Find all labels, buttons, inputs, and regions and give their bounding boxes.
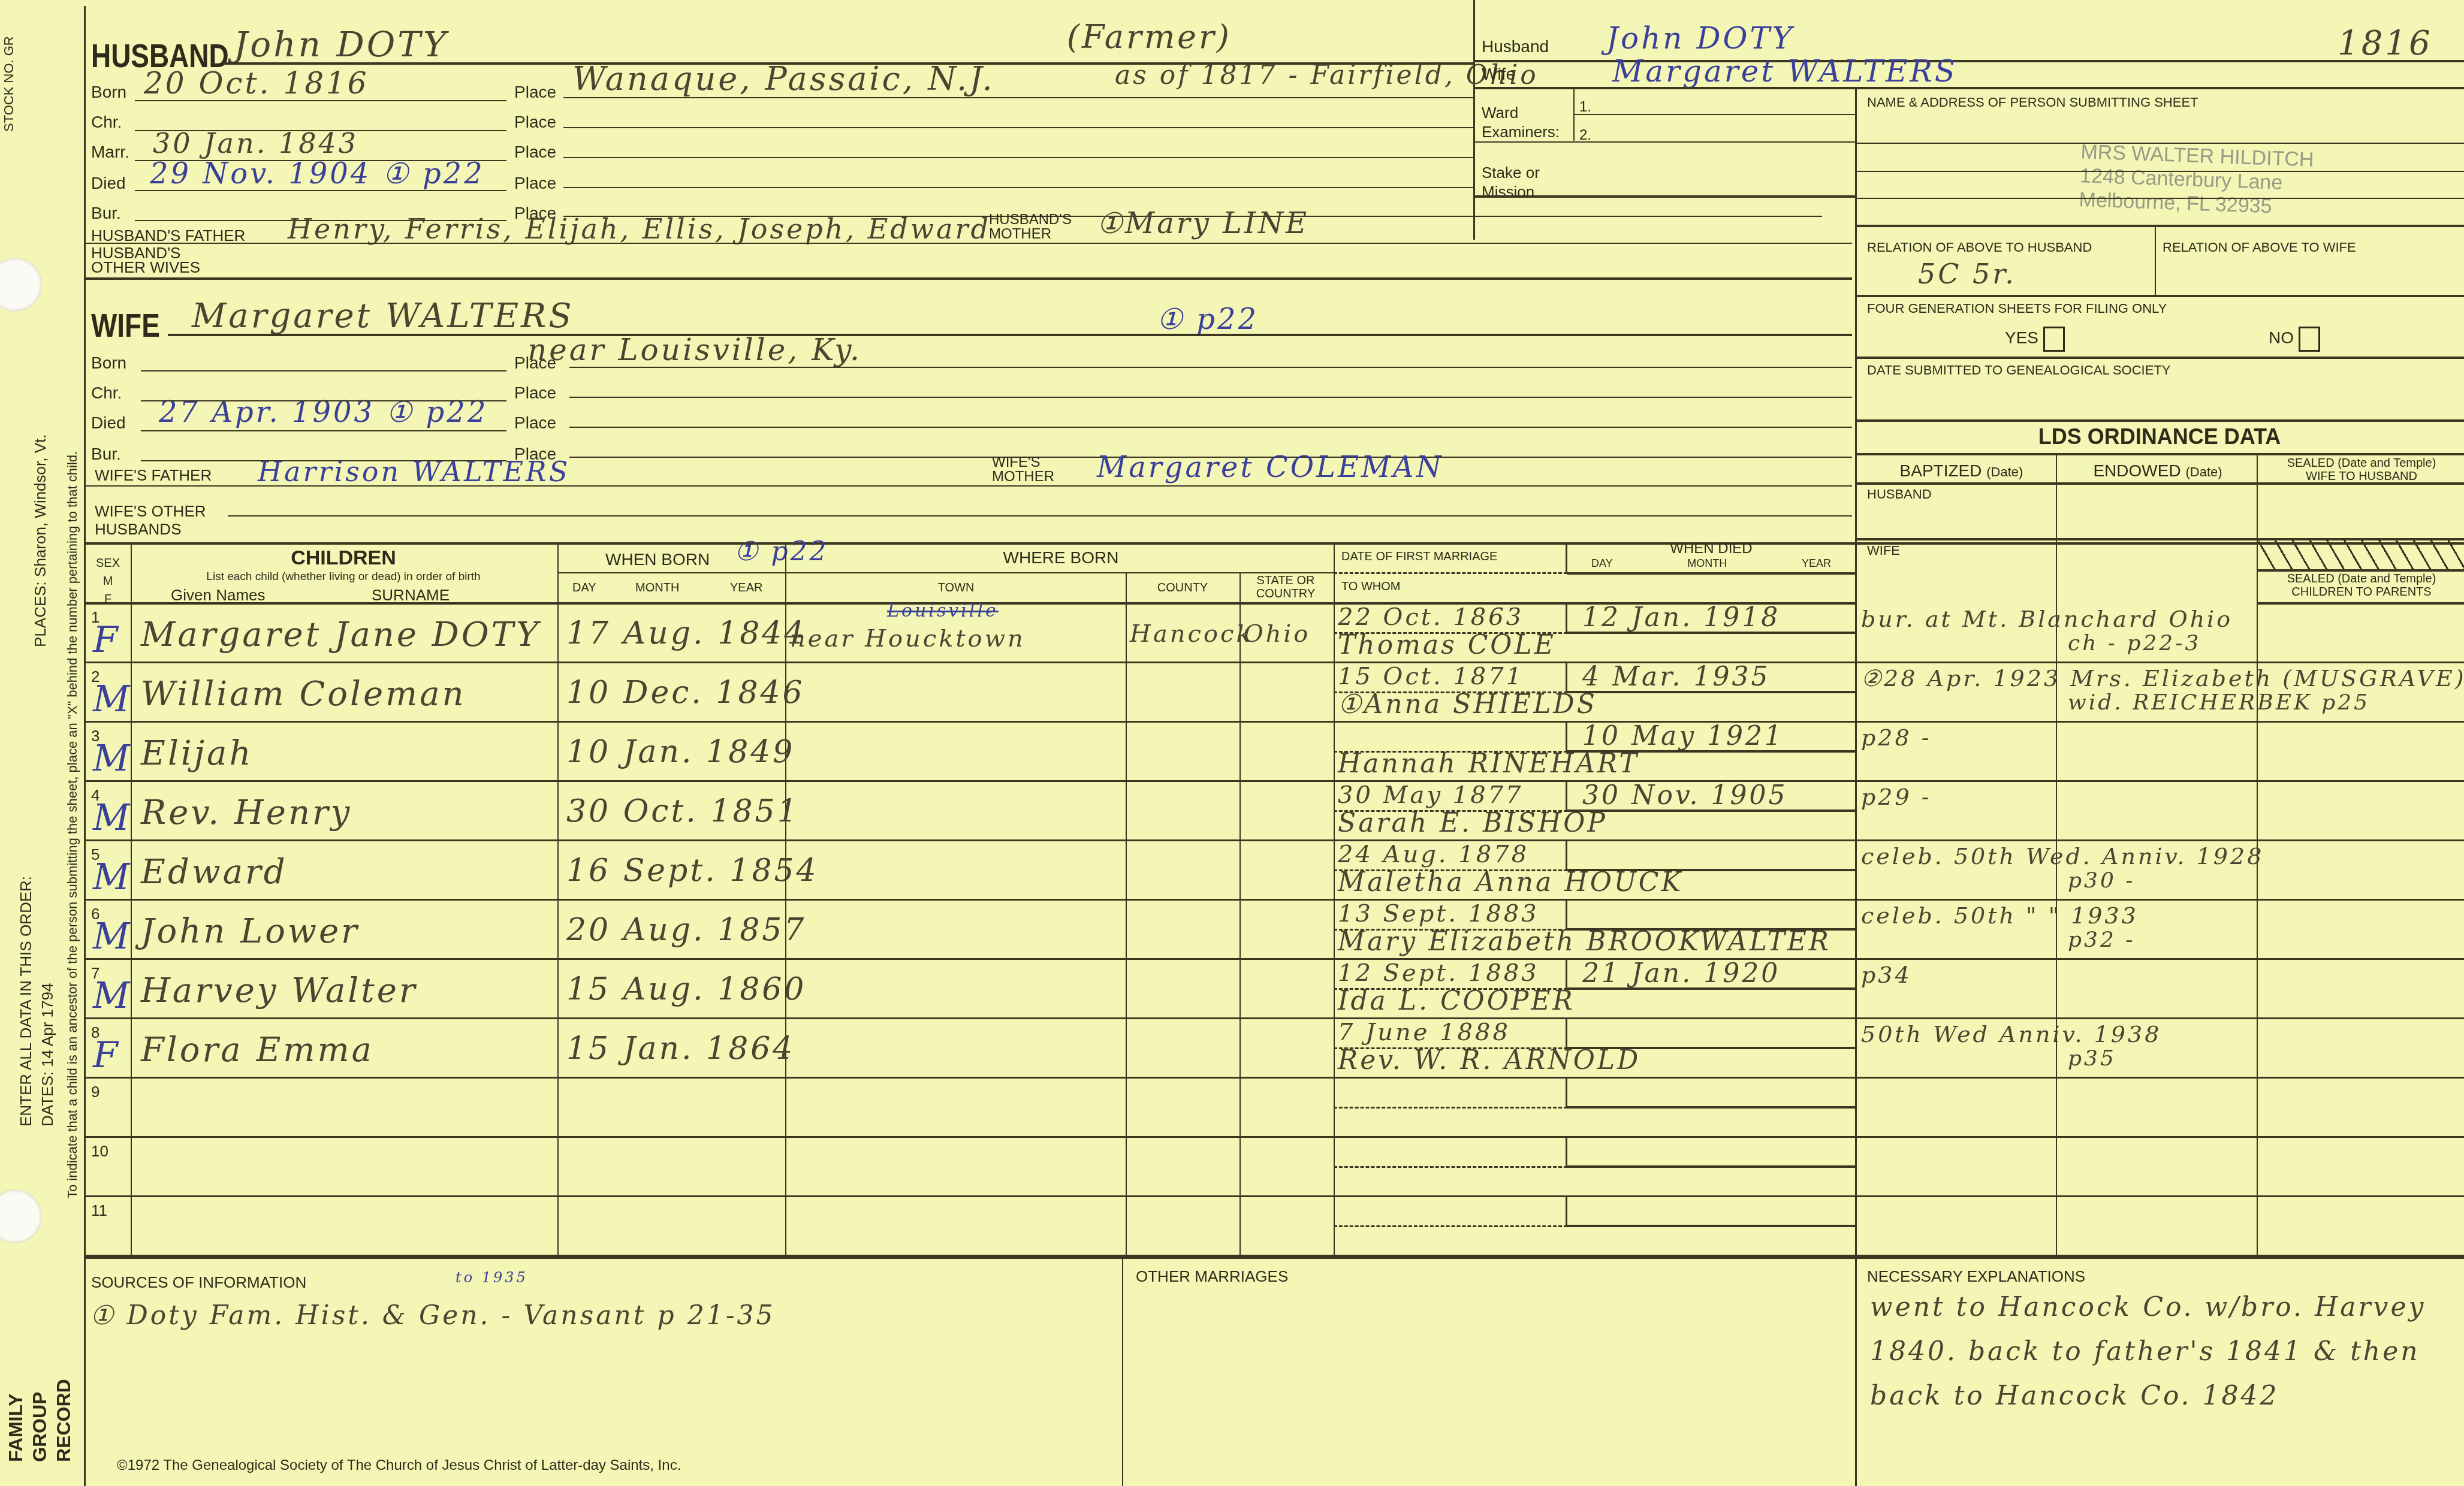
row-divider <box>84 1017 2464 1019</box>
when-died-label: WHEN DIEDDAYMONTHYEAR <box>1567 542 1855 570</box>
child-marriage-date[interactable]: 30 May 1877 <box>1338 781 1524 809</box>
yes-box[interactable] <box>2043 327 2065 352</box>
child-marriage-date[interactable]: 24 Aug. 1878 <box>1338 841 1529 868</box>
submitter-label: NAME & ADDRESS OF PERSON SUBMITTING SHEE… <box>1867 95 2198 110</box>
husband-name[interactable]: John DOTY <box>234 24 448 65</box>
yes-checkbox[interactable]: YES <box>2005 327 2065 352</box>
row-divider <box>84 662 2464 663</box>
died-box-left <box>1566 1017 1567 1049</box>
sealed-cp-2: CHILDREN TO PARENTS <box>2260 585 2463 599</box>
child-sex[interactable]: M <box>93 916 132 958</box>
died-box-bottom <box>1567 632 1855 634</box>
husband-bur-label: Bur. <box>91 204 121 223</box>
form-title-record: RECORD <box>53 1379 75 1462</box>
wife-died-label: Died <box>91 413 126 433</box>
sex-m: M <box>90 572 126 590</box>
husband-died-place-label: Place <box>514 174 556 193</box>
marriage-dash <box>1334 1047 1567 1049</box>
marriage-dash <box>1334 632 1567 634</box>
child-name[interactable]: Flora Emma <box>141 1031 374 1070</box>
line <box>2257 602 2464 605</box>
line <box>2257 569 2464 572</box>
copyright: ©1972 The Genealogical Society of The Ch… <box>117 1457 681 1474</box>
child-name[interactable]: Margaret Jane DOTY <box>141 615 541 654</box>
rp-year: 1816 <box>2338 24 2433 63</box>
lds-wife-label: WIFE <box>1867 543 1900 558</box>
right-panel-divider <box>1473 0 1475 240</box>
date-note: (Date) <box>2185 464 2222 479</box>
child-name[interactable]: Rev. Henry <box>141 793 352 832</box>
endowed-label: ENDOWED <box>2093 461 2180 480</box>
when-born-label: WHEN BORN <box>605 550 710 569</box>
line <box>1126 572 1127 1255</box>
other-marriages-label: OTHER MARRIAGES <box>1136 1267 1288 1286</box>
line <box>141 430 506 431</box>
child-sex[interactable]: M <box>93 856 132 898</box>
child-notes[interactable]: celeb. 50th " " 1933 <box>1861 902 2139 929</box>
row-divider <box>84 899 2464 901</box>
husband-other-wives-label: HUSBAND'S OTHER WIVES <box>91 246 211 274</box>
child-town[interactable]: near Houcktown <box>790 625 1026 653</box>
line <box>1122 1258 1123 1486</box>
child-name[interactable]: Edward <box>141 853 288 892</box>
marriage-dash <box>1334 869 1567 871</box>
died-box-left <box>1566 721 1567 752</box>
child-spouse[interactable]: Ida L. COOPER <box>1338 986 1575 1016</box>
child-notes-2[interactable]: p30 - <box>2068 868 2135 893</box>
margin-places: PLACES: Sharon, Windsor, Vt. <box>31 434 50 648</box>
child-number: 9 <box>91 1083 99 1101</box>
line <box>84 243 1852 244</box>
child-number: 11 <box>91 1201 107 1220</box>
no-box[interactable] <box>2299 327 2320 352</box>
child-died[interactable]: 21 Jan. 1920 <box>1582 958 1780 989</box>
died-box-left <box>1566 602 1567 633</box>
husband-section-bottom <box>84 277 1852 280</box>
child-sex[interactable]: M <box>93 797 132 839</box>
died-box-bottom <box>1567 928 1855 931</box>
died-box-bottom <box>1567 869 1855 871</box>
child-marriage-date[interactable]: 12 Sept. 1883 <box>1338 959 1539 987</box>
rp-wife-value[interactable]: Margaret WALTERS <box>1612 54 1958 89</box>
child-name[interactable]: Harvey Walter <box>141 971 418 1010</box>
line <box>1566 542 1567 573</box>
four-gen-label: FOUR GENERATION SHEETS FOR FILING ONLY <box>1867 301 2167 316</box>
lds-endowed: ENDOWED (Date) <box>2059 461 2257 481</box>
child-spouse[interactable]: Maletha Anna HOUCK <box>1338 867 1683 898</box>
town-label: TOWN <box>785 581 1127 595</box>
husband-marr-label: Marr. <box>91 143 129 162</box>
line <box>1855 295 2464 297</box>
wife-chr-place-label: Place <box>514 383 556 403</box>
died-box-left <box>1566 780 1567 811</box>
child-notes-2[interactable]: p35 <box>2068 1046 2116 1071</box>
husband-mother-label: HUSBAND'S MOTHER <box>989 213 1067 241</box>
died-day-label: DAY <box>1591 556 1613 570</box>
lds-sealed-cp: SEALED (Date and Temple)CHILDREN TO PARE… <box>2260 572 2463 599</box>
line <box>141 400 506 401</box>
sealed-cp-1: SEALED (Date and Temple) <box>2260 572 2463 585</box>
line <box>2155 225 2156 297</box>
child-notes[interactable]: ②28 Apr. 1923 Mrs. Elizabeth (MUSGRAVE) … <box>1861 665 2464 691</box>
rp-wife-label: Wife <box>1482 65 1515 84</box>
died-month-label: MONTH <box>1687 556 1727 570</box>
children-title: CHILDREN <box>131 546 556 570</box>
child-number: 10 <box>91 1142 108 1161</box>
husband-died-label: Died <box>91 174 126 193</box>
wife-section-bottom <box>84 542 2464 545</box>
row-divider <box>84 1077 2464 1079</box>
form-title-family: FAMILY <box>5 1394 27 1462</box>
month-label: MONTH <box>635 581 679 595</box>
died-box-bottom <box>1567 1047 1855 1049</box>
line <box>135 100 506 101</box>
child-spouse[interactable]: Mary Elizabeth BROOKWALTER <box>1338 926 1831 957</box>
line <box>563 157 1473 158</box>
child-marriage-date[interactable]: 15 Oct. 1871 <box>1338 663 1524 690</box>
line <box>563 97 1473 98</box>
died-box-bottom <box>1567 1106 1855 1109</box>
relation-wife-label: RELATION OF ABOVE TO WIFE <box>2163 240 2356 255</box>
submitter-stamp: MRS WALTER HILDITCH 1248 Canterbury Lane… <box>2079 140 2314 220</box>
husband-chr-label: Chr. <box>91 113 122 132</box>
margin-instructions: To indicate that a child is an ancestor … <box>65 451 80 1198</box>
row-divider <box>84 1195 2464 1197</box>
died-box-bottom <box>1567 1225 1855 1227</box>
line <box>1855 198 2464 199</box>
form-title-group: GROUP <box>29 1392 51 1462</box>
died-box-left <box>1566 958 1567 989</box>
husband-father[interactable]: Henry, Ferris, Elijah, Ellis, Joseph, Ed… <box>288 213 991 245</box>
husband-born-place-label: Place <box>514 83 556 102</box>
line <box>1855 482 2464 485</box>
husband-born-place-note: as of 1817 - Fairfield, Ohio <box>1115 60 1539 90</box>
sealed-hatch <box>2258 539 2464 569</box>
wife-name-line <box>168 334 1852 336</box>
child-notes[interactable]: celeb. 50th Wed. Anniv. 1928 <box>1861 843 2264 869</box>
child-born[interactable]: 30 Oct. 1851 <box>566 793 800 829</box>
sex-label: SEX <box>90 554 126 572</box>
date-submitted-label: DATE SUBMITTED TO GENEALOGICAL SOCIETY <box>1867 363 2171 378</box>
husband-chr-place-label: Place <box>514 113 556 132</box>
died-box-bottom <box>1567 810 1855 812</box>
child-spouse[interactable]: Hannah RINEHART <box>1338 748 1639 779</box>
wife-father[interactable]: Harrison WALTERS <box>258 455 570 488</box>
wife-died-place-label: Place <box>514 413 556 433</box>
marriage-dash <box>1334 810 1567 812</box>
yes-label: YES <box>2005 328 2038 347</box>
husband-annotation: (Farmer) <box>1067 18 1232 56</box>
marriage-dash <box>1334 1107 1567 1109</box>
relation-husband-value[interactable]: 5C 5r. <box>1918 258 2016 290</box>
wife-bur-label: Bur. <box>91 445 121 464</box>
line <box>557 572 1337 573</box>
line <box>1855 357 2464 359</box>
child-notes[interactable]: bur. at Mt. Blanchard Ohio <box>1861 606 2233 632</box>
died-year-label: YEAR <box>1802 556 1831 570</box>
died-box-bottom <box>1567 987 1855 990</box>
binder-hole-top <box>0 258 42 312</box>
wife-name[interactable]: Margaret WALTERS <box>192 297 574 336</box>
wife-chr-label: Chr. <box>91 383 122 403</box>
sources-label: SOURCES OF INFORMATION <box>91 1273 306 1292</box>
line <box>569 367 1852 368</box>
died-box-bottom <box>1567 691 1855 693</box>
sealed-wh-2: WIFE TO HUSBAND <box>2260 470 2463 483</box>
line <box>1473 195 1855 198</box>
child-state[interactable]: Ohio <box>1244 620 1310 648</box>
husband-born[interactable]: 20 Oct. 1816 <box>144 66 369 101</box>
children-subtitle: List each child (whether living or dead)… <box>131 570 556 584</box>
child-notes[interactable]: p28 - <box>1861 724 1932 751</box>
no-checkbox[interactable]: NO <box>2269 327 2320 352</box>
marriage-dash <box>1334 1166 1567 1168</box>
child-sex[interactable]: M <box>93 738 132 780</box>
child-died[interactable]: 30 Nov. 1905 <box>1582 780 1788 811</box>
husband-born-place[interactable]: Wanaque, Passaic, N.J. <box>572 60 995 98</box>
sealed-wh-1: SEALED (Date and Temple) <box>2260 457 2463 470</box>
child-sex[interactable]: M <box>93 975 132 1017</box>
line <box>1855 419 2464 422</box>
died-box-left <box>1566 899 1567 930</box>
when-died-title: WHEN DIED <box>1567 542 1855 556</box>
explanation-line: went to Hancock Co. w/bro. Harvey <box>1870 1285 2426 1330</box>
child-spouse[interactable]: ①Anna SHIELDS <box>1338 689 1597 720</box>
line <box>135 190 506 191</box>
wife-mother[interactable]: Margaret COLEMAN <box>1097 451 1444 484</box>
left-border <box>84 6 86 1486</box>
county-label: COUNTY <box>1126 581 1239 595</box>
relation-husband-label: RELATION OF ABOVE TO HUSBAND <box>1867 240 2092 255</box>
marriage-dash <box>1334 751 1567 753</box>
margin-enter-order: ENTER ALL DATA IN THIS ORDER: <box>17 876 35 1126</box>
child-born[interactable]: 15 Aug. 1860 <box>566 971 806 1007</box>
marriage-dash <box>1334 929 1567 931</box>
child-died[interactable]: 12 Jan. 1918 <box>1582 602 1780 633</box>
day-label: DAY <box>572 581 596 595</box>
explanation-line: 1840. back to father's 1841 & then <box>1870 1330 2426 1374</box>
child-born[interactable]: 10 Jan. 1849 <box>566 734 795 770</box>
wife-other-husbands-label: WIFE'S OTHER HUSBANDS <box>95 502 227 538</box>
child-died[interactable]: 4 Mar. 1935 <box>1582 662 1770 692</box>
wife-annotation: ① p22 <box>1157 303 1259 336</box>
marriage-dash <box>1334 988 1567 990</box>
line <box>1855 143 2464 144</box>
sources-note: to 1935 <box>456 1269 528 1286</box>
explanations-value[interactable]: went to Hancock Co. w/bro. Harvey 1840. … <box>1870 1285 2426 1418</box>
line <box>1855 225 2464 227</box>
row-divider <box>84 839 2464 841</box>
line <box>1855 453 2464 455</box>
line <box>569 397 1852 398</box>
child-spouse[interactable]: Sarah E. BISHOP <box>1338 808 1608 838</box>
line <box>1239 572 1241 1255</box>
sex-header: SEXMF <box>90 554 126 608</box>
child-born[interactable]: 10 Dec. 1846 <box>566 675 805 711</box>
husband-died[interactable]: 29 Nov. 1904 ① p22 <box>150 157 485 191</box>
dash <box>1334 572 1567 574</box>
wife-born-place[interactable]: near Louisville, Ky. <box>527 333 862 367</box>
lds-baptized: BAPTIZED (Date) <box>1864 461 2059 481</box>
line <box>228 515 1852 517</box>
line <box>135 130 506 131</box>
child-name[interactable]: William Coleman <box>141 675 466 714</box>
binder-hole-bottom <box>0 1189 42 1243</box>
child-marriage-date[interactable]: 7 June 1888 <box>1338 1019 1510 1046</box>
line <box>563 187 1473 188</box>
husband-born-label: Born <box>91 83 126 102</box>
examiner-1[interactable]: 1. <box>1579 99 1591 116</box>
husband-mother[interactable]: ①Mary LINE <box>1097 207 1309 240</box>
rp-husband-value[interactable]: John DOTY <box>1606 21 1795 56</box>
child-sex[interactable]: F <box>93 1034 120 1076</box>
child-born[interactable]: 16 Sept. 1854 <box>566 853 819 889</box>
state-label: STATE OR COUNTRY <box>1241 574 1331 600</box>
child-notes[interactable]: p29 - <box>1861 784 1932 810</box>
child-notes[interactable]: 50th Wed Anniv. 1938 <box>1861 1021 2161 1047</box>
child-notes-2[interactable]: ch - p22-3 <box>2068 631 2201 656</box>
row-divider <box>84 958 2464 960</box>
child-born[interactable]: 15 Jan. 1864 <box>566 1031 795 1067</box>
child-marriage-date[interactable]: 13 Sept. 1883 <box>1338 900 1539 928</box>
child-sex[interactable]: F <box>93 619 120 661</box>
lds-title: LDS ORDINANCE DATA <box>1855 424 2464 449</box>
wife-section-label: WIFE <box>91 306 160 345</box>
sources-value[interactable]: ① Doty Fam. Hist. & Gen. - Vansant p 21-… <box>90 1300 776 1331</box>
child-notes[interactable]: p34 <box>1861 962 1912 988</box>
line <box>569 427 1852 428</box>
wife-born-label: Born <box>91 354 126 373</box>
baptized-label: BAPTIZED <box>1900 461 1982 480</box>
child-born[interactable]: 17 Aug. 1844 <box>566 615 806 651</box>
died-box-left <box>1566 1136 1567 1167</box>
to-whom-label: TO WHOM <box>1341 580 1401 594</box>
died-box-left <box>1566 662 1567 693</box>
no-label: NO <box>2269 328 2294 347</box>
explanation-line: back to Hancock Co. 1842 <box>1870 1374 2426 1418</box>
sex-f: F <box>90 590 126 608</box>
line <box>135 160 506 161</box>
child-notes-2[interactable]: p32 - <box>2068 928 2135 952</box>
rp-husband-label: Husband <box>1482 37 1549 56</box>
date-note: (Date) <box>1986 464 2023 479</box>
husband-marr-place-label: Place <box>514 143 556 162</box>
line <box>1473 87 2464 89</box>
row-divider <box>84 780 2464 782</box>
child-born[interactable]: 20 Aug. 1857 <box>566 912 806 948</box>
died-box-left <box>1566 1195 1567 1227</box>
died-box-bottom <box>1567 750 1855 753</box>
wife-mother-label: WIFE'S MOTHER <box>992 455 1058 484</box>
child-town-struck: Louisville <box>887 600 999 621</box>
explanations-label: NECESSARY EXPLANATIONS <box>1867 1267 2085 1286</box>
line <box>141 370 506 371</box>
child-sex[interactable]: M <box>93 678 132 720</box>
child-died[interactable]: 10 May 1921 <box>1582 721 1784 751</box>
child-notes-2[interactable]: wid. REICHERBEK p25 <box>2068 690 2370 715</box>
child-spouse[interactable]: Thomas COLE <box>1338 630 1556 660</box>
child-spouse[interactable]: Rev. W. R. ARNOLD <box>1338 1045 1640 1076</box>
ward-examiners-label: Ward Examiners: <box>1482 103 1572 141</box>
child-county[interactable]: Hancock <box>1130 620 1253 648</box>
died-box-bottom <box>1567 1165 1855 1168</box>
died-box-left <box>1566 839 1567 871</box>
line <box>563 127 1473 128</box>
marriage-dash <box>1334 1225 1567 1227</box>
first-marriage-label: DATE OF FIRST MARRIAGE <box>1341 550 1497 564</box>
year-label: YEAR <box>730 581 762 595</box>
child-marriage-date[interactable]: 22 Oct. 1863 <box>1338 603 1524 631</box>
line <box>1573 114 1855 115</box>
stock-no: STOCK NO. GR <box>1 36 17 132</box>
marriage-dash <box>1334 691 1567 693</box>
line <box>1567 572 1855 575</box>
line <box>1855 171 2464 172</box>
died-box-left <box>1566 1077 1567 1108</box>
child-name[interactable]: John Lower <box>141 912 360 951</box>
line <box>84 485 1852 487</box>
lds-sealed-wh: SEALED (Date and Temple)WIFE TO HUSBAND <box>2260 457 2463 483</box>
margin-dates: DATES: 14 Apr 1794 <box>38 983 57 1126</box>
line <box>1473 141 1855 143</box>
row-divider <box>84 1136 2464 1138</box>
row-divider <box>84 721 2464 723</box>
lds-husband-label: HUSBAND <box>1867 487 1932 502</box>
wife-father-label: WIFE'S FATHER <box>95 466 212 485</box>
child-name[interactable]: Elijah <box>141 734 254 773</box>
children-table-bottom <box>84 1255 2464 1259</box>
where-born-label: WHERE BORN <box>785 548 1337 567</box>
husband-marr[interactable]: 30 Jan. 1843 <box>153 127 358 159</box>
